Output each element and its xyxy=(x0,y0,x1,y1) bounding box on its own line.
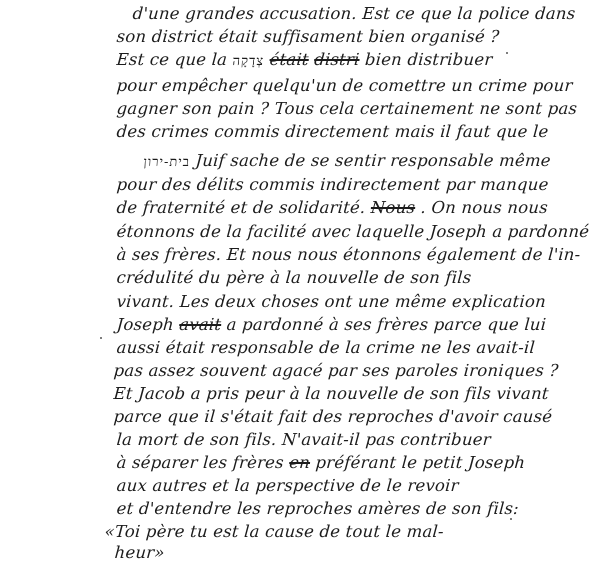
text-line: Joseph avait a pardonné à ses frères par… xyxy=(116,315,547,334)
text-line: pour empêcher quelqu'un de comettre un c… xyxy=(116,76,573,95)
struck-word: avait xyxy=(179,315,222,334)
struck-word: était xyxy=(269,50,309,69)
text-line: à ses frères. Et nous nous étonnons égal… xyxy=(116,245,581,264)
text-line: pas assez souvent agacé par ses paroles … xyxy=(113,361,559,380)
text-line: aux autres et la perspective de le revoi… xyxy=(116,476,459,495)
text-line: aussi était responsable de la crime ne l… xyxy=(116,338,536,357)
text-fragment: . On nous nous xyxy=(420,198,549,217)
paper-speck xyxy=(100,337,102,339)
text-fragment: de fraternité et de solidarité. xyxy=(116,198,366,217)
text-line: parce que il s'était fait des reproches … xyxy=(113,407,553,426)
text-line: gagner son pain ? Tous cela certainement… xyxy=(116,99,578,118)
text-line: de fraternité et de solidarité. Nous . O… xyxy=(116,198,549,217)
text-fragment: préférant le petit Joseph xyxy=(315,453,526,472)
text-line: Est ce que la צְדָקָה était distri bien … xyxy=(116,50,493,69)
struck-word: distri xyxy=(314,50,361,69)
text-line: des crimes commis directement mais il fa… xyxy=(116,122,549,141)
text-line: heur» xyxy=(114,543,165,562)
paper-speck xyxy=(506,52,508,54)
text-fragment: Est ce que la xyxy=(116,50,228,69)
hebrew-word: בית-ירון xyxy=(143,155,190,170)
struck-word: Nous xyxy=(370,198,416,217)
text-fragment: bien distribuer xyxy=(364,50,493,69)
text-fragment: Juif sache de se sentir responsable même xyxy=(195,151,552,170)
hebrew-word: צְדָקָה xyxy=(232,54,265,69)
text-line: Et Jacob a pris peur à la nouvelle de so… xyxy=(113,384,549,403)
text-line: «Toi père tu est la cause de tout le mal… xyxy=(104,522,444,541)
text-line: בית-ירון Juif sache de se sentir respons… xyxy=(143,151,551,170)
text-fragment: a pardonné à ses frères parce que lui xyxy=(226,315,547,334)
text-line: vivant. Les deux choses ont une même exp… xyxy=(116,292,547,311)
manuscript-page: d'une grandes accusation. Est ce que la … xyxy=(0,0,612,562)
text-line: et d'entendre les reproches amères de so… xyxy=(116,499,520,518)
text-line: à séparer les frères en préférant le pet… xyxy=(116,453,526,472)
text-fragment: à séparer les frères xyxy=(116,453,284,472)
text-line: étonnons de la facilité avec laquelle Jo… xyxy=(116,222,590,241)
struck-word: en xyxy=(289,453,311,472)
text-line: la mort de son fils. N'avait-il pas cont… xyxy=(116,430,492,449)
text-fragment: Joseph xyxy=(116,315,175,334)
text-line: pour des délits commis indirectement par… xyxy=(116,175,549,194)
text-line: crédulité du père à la nouvelle de son f… xyxy=(116,268,472,287)
paper-speck xyxy=(510,518,512,520)
text-line: d'une grandes accusation. Est ce que la … xyxy=(132,4,576,23)
text-line: son district était suffisament bien orga… xyxy=(116,27,500,46)
